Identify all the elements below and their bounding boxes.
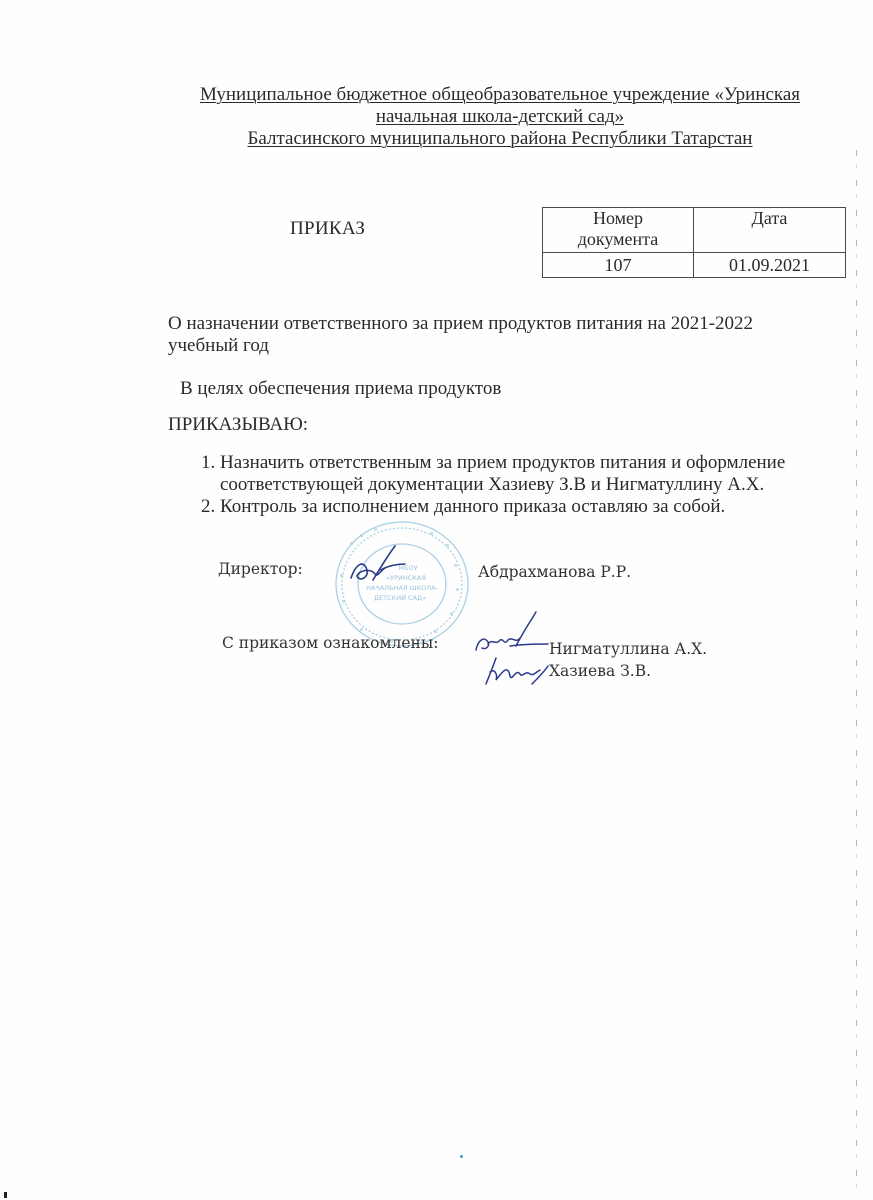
header-line-1: Муниципальное бюджетное общеобразователь… [200, 84, 800, 105]
header-line-3: Балтасинского муниципального района Респ… [248, 128, 753, 149]
document-meta-table: Номер документа Дата 107 01.09.2021 [542, 207, 846, 278]
order-title: ПРИКАЗ [290, 218, 365, 240]
number-header-line-2: документа [543, 229, 693, 250]
number-header-line-1: Номер [543, 208, 693, 229]
order-item: Назначить ответственным за прием продукт… [220, 452, 870, 496]
document-number: 107 [543, 253, 694, 278]
scan-edge-artifact [856, 150, 857, 1200]
order-subject: О назначении ответственного за прием про… [168, 313, 828, 357]
institution-header: Муниципальное бюджетное общеобразователь… [160, 84, 840, 150]
meta-value-row: 107 01.09.2021 [543, 253, 846, 278]
khazieva-signature-icon [482, 654, 552, 690]
scan-speck [460, 1155, 463, 1158]
order-items-list: Назначить ответственным за прием продукт… [188, 452, 870, 518]
decree-heading: ПРИКАЗЫВАЮ: [168, 414, 308, 436]
header-line-2: начальная школа-детский сад» [376, 106, 624, 127]
nigmatullina-signature-icon [470, 610, 550, 660]
acknowledged-name-2: Хазиева З.В. [549, 662, 651, 680]
number-header: Номер документа [543, 208, 694, 253]
document-date: 01.09.2021 [694, 253, 846, 278]
director-signature-icon [345, 540, 415, 590]
document-page: Муниципальное бюджетное общеобразователь… [0, 0, 873, 1200]
date-header: Дата [694, 208, 846, 253]
meta-header-row: Номер документа Дата [543, 208, 846, 253]
scan-corner-mark [4, 1192, 7, 1198]
director-label: Директор: [218, 560, 303, 578]
acknowledged-name-1: Нигматуллина А.Х. [549, 640, 707, 658]
director-name: Абдрахманова Р.Р. [478, 563, 631, 581]
order-purpose: В целях обеспечения приема продуктов [180, 378, 501, 400]
order-item: Контроль за исполнением данного приказа … [220, 496, 870, 518]
acknowledged-label: С приказом ознакомлены: [222, 634, 438, 652]
svg-text:ДЕТСКИЙ САД»: ДЕТСКИЙ САД» [374, 593, 426, 602]
